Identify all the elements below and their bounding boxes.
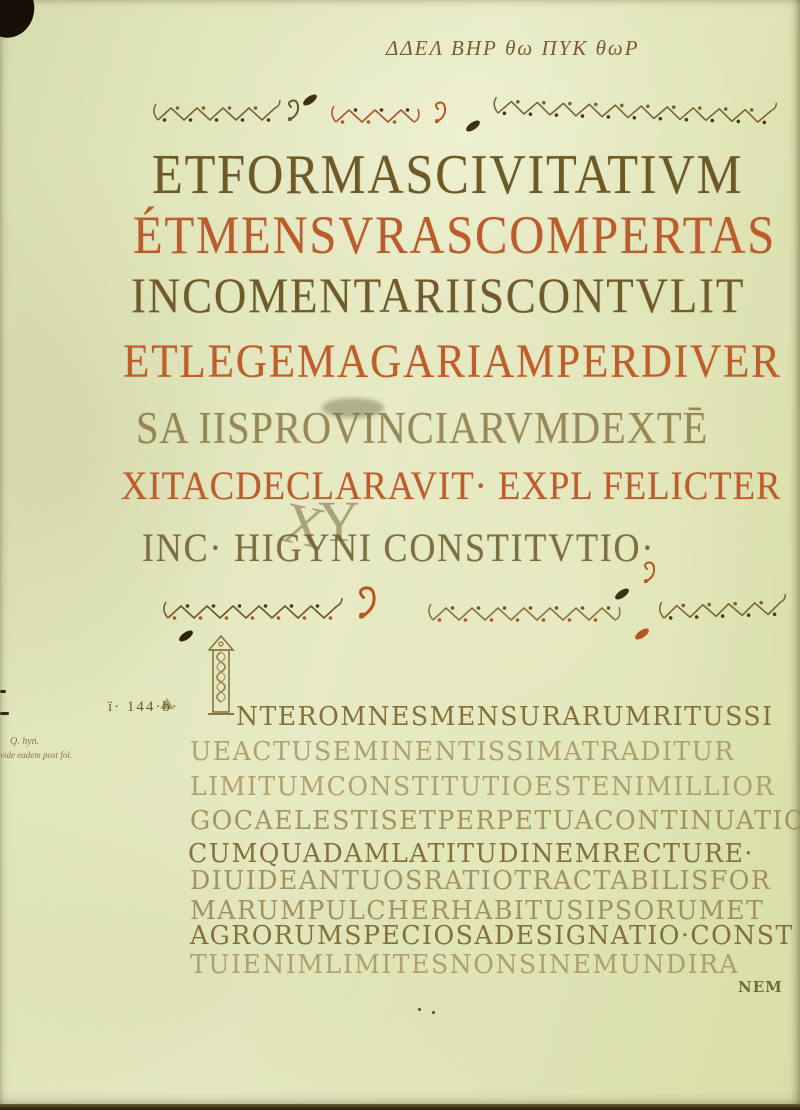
title-line: ETFORMASCIVITATIVM <box>152 143 743 207</box>
body-line: UEACTUSEMINENTISSIMATRADITUR <box>190 737 735 767</box>
scroll-curl-icon <box>433 100 451 129</box>
leaf-bud-icon <box>176 628 196 649</box>
body-line: DIUIDEANTUOSRATIOTRACTABILISFOR <box>190 866 771 896</box>
leaf-bud-icon <box>463 118 483 139</box>
leaf-bud-icon <box>632 626 652 647</box>
title-line: INC· HIGYNI CONSTITVTIO· <box>142 524 655 571</box>
decorated-initial-I <box>204 634 238 720</box>
body-line: GOCAELESTISETPERPETUACONTINUATIO <box>190 806 800 836</box>
leaf-bud-icon <box>612 586 632 607</box>
body-line: TUIENIMLIMITESNONSINEMUNDIRA <box>190 950 739 980</box>
ink-speck <box>418 1008 421 1011</box>
zigzag-border-segment <box>655 594 794 632</box>
edge-mark <box>0 690 6 693</box>
page-corner-shadow <box>0 0 41 44</box>
margin-note: vide eadem post fol. <box>0 750 72 760</box>
zigzag-border-segment <box>425 600 635 633</box>
leaf-bud-icon <box>300 92 320 113</box>
title-line: INCOMENTARIISCONTVLIT <box>131 266 745 324</box>
zigzag-border-segment <box>150 100 285 133</box>
manuscript-page: ΔΔΕΛ ΒΗΡ θω ΠΥΚ θωΡ ETFORMASCIVITATIVM É… <box>0 0 800 1110</box>
zigzag-border-segment <box>328 102 433 135</box>
folio-number: ï· 144·b· <box>108 699 179 716</box>
body-line: NTEROMNESMENSURARUMRITUSSI <box>236 702 774 732</box>
title-line: ÉTMENSVRASCOMPERTAS <box>133 204 776 266</box>
body-line: CUMQUADAMLATITUDINEMRECTURE· <box>188 839 754 869</box>
scroll-curl-icon <box>642 560 660 589</box>
zigzag-border-segment <box>160 598 355 631</box>
title-line: XITACDECLARAVIT· EXPL FELICTER <box>121 462 781 509</box>
body-line: AGRORUMSPECIOSADESIGNATIO·CONST <box>190 921 794 951</box>
margin-note: Q. hyn. <box>10 736 39 747</box>
body-line: LIMITUMCONSTITUTIOESTENIMILLIOR <box>190 772 775 802</box>
title-line: SA IISPROVINCIARVMDEXTĒ <box>136 402 708 454</box>
zigzag-border-segment <box>490 93 789 136</box>
edge-mark <box>0 712 9 715</box>
top-annotation: ΔΔΕΛ ΒΗΡ θω ΠΥΚ θωΡ <box>386 36 640 61</box>
ink-speck <box>432 1011 435 1014</box>
scroll-curl-icon <box>356 584 383 625</box>
catchword: NEM <box>738 978 783 996</box>
title-line: ETLEGEMAGARIAMPERDIVER <box>123 334 782 389</box>
page-bottom-edge <box>0 1104 800 1110</box>
